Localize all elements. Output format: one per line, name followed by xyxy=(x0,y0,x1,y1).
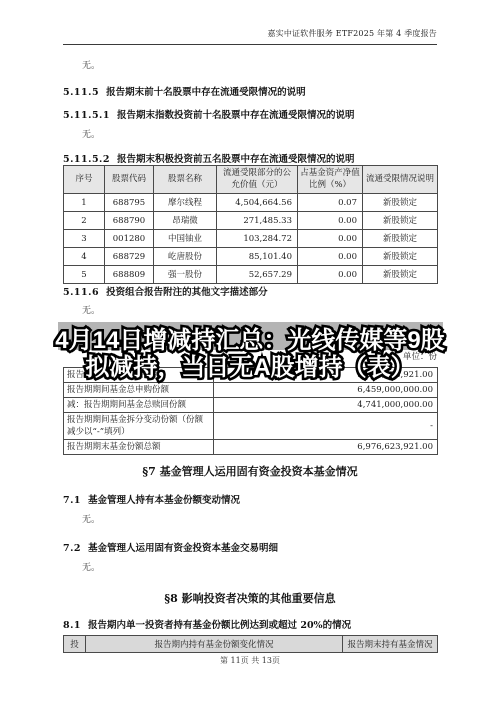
heading-text: 报告期内单一投资者持有基金份额比例达到或超过 20%的情况 xyxy=(88,620,351,631)
col-header-name: 股票名称 xyxy=(154,166,217,194)
heading-text: 报告期末指数投资前十名股票中存在流通受限情况的说明 xyxy=(117,110,355,121)
cell-nav-ratio: 0.00 xyxy=(298,248,363,266)
col-header-fair-value: 流通受限部分的公允价值（元） xyxy=(217,166,298,194)
heading-text: 报告期末积极投资前五名股票中存在流通受限情况的说明 xyxy=(117,154,355,165)
section8-title: §8 影响投资者决策的其他重要信息 xyxy=(0,590,500,606)
cell-code: 688729 xyxy=(105,248,154,266)
col-header-period-change: 报告期内持有基金份额变化情况 xyxy=(86,636,343,653)
cell-code: 688790 xyxy=(105,212,154,230)
cell-index: 1 xyxy=(64,194,105,212)
cell-restriction: 新股锁定 xyxy=(363,194,438,212)
cell-value: - xyxy=(214,413,438,440)
section7-title: §7 基金管理人运用固有资金投资本基金情况 xyxy=(0,463,500,479)
cell-restriction: 新股锁定 xyxy=(363,266,438,284)
table-row: 报告期期间基金总申购份额 6,459,000,000.00 xyxy=(64,383,438,398)
cell-name: 中国铀业 xyxy=(154,230,217,248)
cell-label: 报告期期末基金份额总额 xyxy=(64,440,214,455)
cell-name: 屹唐股份 xyxy=(154,248,217,266)
cell-label: 报告期期间基金总申购份额 xyxy=(64,383,214,398)
table-row: 1 688795 摩尔线程 4,504,664.56 0.07 新股锁定 xyxy=(64,194,438,212)
header-divider xyxy=(63,44,437,45)
table-row: 减：报告期期间基金总赎回份额 4,741,000,000.00 xyxy=(64,398,438,413)
report-page: 嘉实中证软件服务 ETF2025 年第 4 季度报告 无。 5.11.5报告期末… xyxy=(0,0,500,707)
cell-name: 摩尔线程 xyxy=(154,194,217,212)
heading-text: 报告期末前十名股票中存在流通受限情况的说明 xyxy=(106,87,306,98)
cell-value: 6,976,623,921.00 xyxy=(214,440,438,455)
cell-restriction: 新股锁定 xyxy=(363,230,438,248)
cell-fair-value: 52,657.29 xyxy=(217,266,298,284)
cell-fair-value: 103,284.72 xyxy=(217,230,298,248)
col-header-nav-ratio: 占基金资产净值比例（%） xyxy=(298,166,363,194)
heading-5-11-6: 5.11.6投资组合报告附注的其他文字描述部分 xyxy=(63,284,437,298)
cell-code: 688795 xyxy=(105,194,154,212)
cell-index: 2 xyxy=(64,212,105,230)
heading-number: 8.1 xyxy=(63,620,81,631)
news-banner-line2: 拟减持，当日无A股增持（表） xyxy=(0,347,500,382)
page-header-title: 嘉实中证软件服务 ETF2025 年第 4 季度报告 xyxy=(63,28,437,39)
cell-label: 报告期期间基金拆分变动份额（份额减少以“-”填列） xyxy=(64,413,214,440)
table-header-row: 投 报告期内持有基金份额变化情况 报告期末持有基金情况 xyxy=(64,636,438,653)
heading-5-11-5-2: 5.11.5.2报告期末积极投资前五名股票中存在流通受限情况的说明 xyxy=(63,151,437,165)
investor-table: 投 报告期内持有基金份额变化情况 报告期末持有基金情况 xyxy=(63,635,438,653)
cell-label: 减：报告期期间基金总赎回份额 xyxy=(64,398,214,413)
page-footer: 第 11页 共 13页 xyxy=(0,655,500,666)
heading-number: 5.11.5.1 xyxy=(63,110,110,121)
cell-fair-value: 85,101.40 xyxy=(217,248,298,266)
heading-number: 7.1 xyxy=(63,495,81,506)
cell-name: 昂瑞微 xyxy=(154,212,217,230)
col-header-restriction: 流通受限情况说明 xyxy=(363,166,438,194)
cell-index: 5 xyxy=(64,266,105,284)
none-text-7-2: 无。 xyxy=(82,560,100,573)
none-text-5-11-6: 无。 xyxy=(82,303,100,316)
cell-code: 001280 xyxy=(105,230,154,248)
none-text-5-11-5-1: 无。 xyxy=(82,127,100,140)
cell-value: 6,459,000,000.00 xyxy=(214,383,438,398)
cell-name: 强一股份 xyxy=(154,266,217,284)
table-header-row: 序号 股票代码 股票名称 流通受限部分的公允价值（元） 占基金资产净值比例（%）… xyxy=(64,166,438,194)
none-text-7-1: 无。 xyxy=(82,512,100,525)
col-header-period-end: 报告期末持有基金情况 xyxy=(343,636,438,653)
cell-nav-ratio: 0.00 xyxy=(298,212,363,230)
table-row: 报告期期间基金拆分变动份额（份额减少以“-”填列） - xyxy=(64,413,438,440)
table-row: 2 688790 昂瑞微 271,485.33 0.00 新股锁定 xyxy=(64,212,438,230)
col-header-code: 股票代码 xyxy=(105,166,154,194)
col-header-index: 序号 xyxy=(64,166,105,194)
table-row: 报告期期末基金份额总额 6,976,623,921.00 xyxy=(64,440,438,455)
cell-restriction: 新股锁定 xyxy=(363,248,438,266)
heading-number: 5.11.6 xyxy=(63,287,99,298)
heading-text: 投资组合报告附注的其他文字描述部分 xyxy=(106,287,268,298)
restricted-shares-table: 序号 股票代码 股票名称 流通受限部分的公允价值（元） 占基金资产净值比例（%）… xyxy=(63,165,438,284)
heading-8-1: 8.1报告期内单一投资者持有基金份额比例达到或超过 20%的情况 xyxy=(63,617,437,631)
cell-fair-value: 4,504,664.56 xyxy=(217,194,298,212)
table-row: 4 688729 屹唐股份 85,101.40 0.00 新股锁定 xyxy=(64,248,438,266)
cell-index: 4 xyxy=(64,248,105,266)
heading-number: 5.11.5 xyxy=(63,87,99,98)
cell-code: 688809 xyxy=(105,266,154,284)
table-row: 5 688809 强一股份 52,657.29 0.00 新股锁定 xyxy=(64,266,438,284)
cell-restriction: 新股锁定 xyxy=(363,212,438,230)
cell-value: 4,741,000,000.00 xyxy=(214,398,438,413)
heading-number: 7.2 xyxy=(63,543,81,554)
heading-number: 5.11.5.2 xyxy=(63,154,110,165)
heading-7-1: 7.1基金管理人持有本基金份额变动情况 xyxy=(63,492,437,506)
heading-5-11-5-1: 5.11.5.1报告期末指数投资前十名股票中存在流通受限情况的说明 xyxy=(63,107,437,121)
cell-nav-ratio: 0.07 xyxy=(298,194,363,212)
cell-nav-ratio: 0.00 xyxy=(298,230,363,248)
col-header-investor: 投 xyxy=(64,636,86,653)
cell-nav-ratio: 0.00 xyxy=(298,266,363,284)
heading-7-2: 7.2基金管理人运用固有资金投资本基金交易明细 xyxy=(63,540,437,554)
cell-index: 3 xyxy=(64,230,105,248)
table-row: 3 001280 中国铀业 103,284.72 0.00 新股锁定 xyxy=(64,230,438,248)
cell-fair-value: 271,485.33 xyxy=(217,212,298,230)
heading-5-11-5: 5.11.5报告期末前十名股票中存在流通受限情况的说明 xyxy=(63,84,437,98)
heading-text: 基金管理人持有本基金份额变动情况 xyxy=(88,495,240,506)
none-text-preamble: 无。 xyxy=(82,58,100,71)
heading-text: 基金管理人运用固有资金投资本基金交易明细 xyxy=(88,543,278,554)
